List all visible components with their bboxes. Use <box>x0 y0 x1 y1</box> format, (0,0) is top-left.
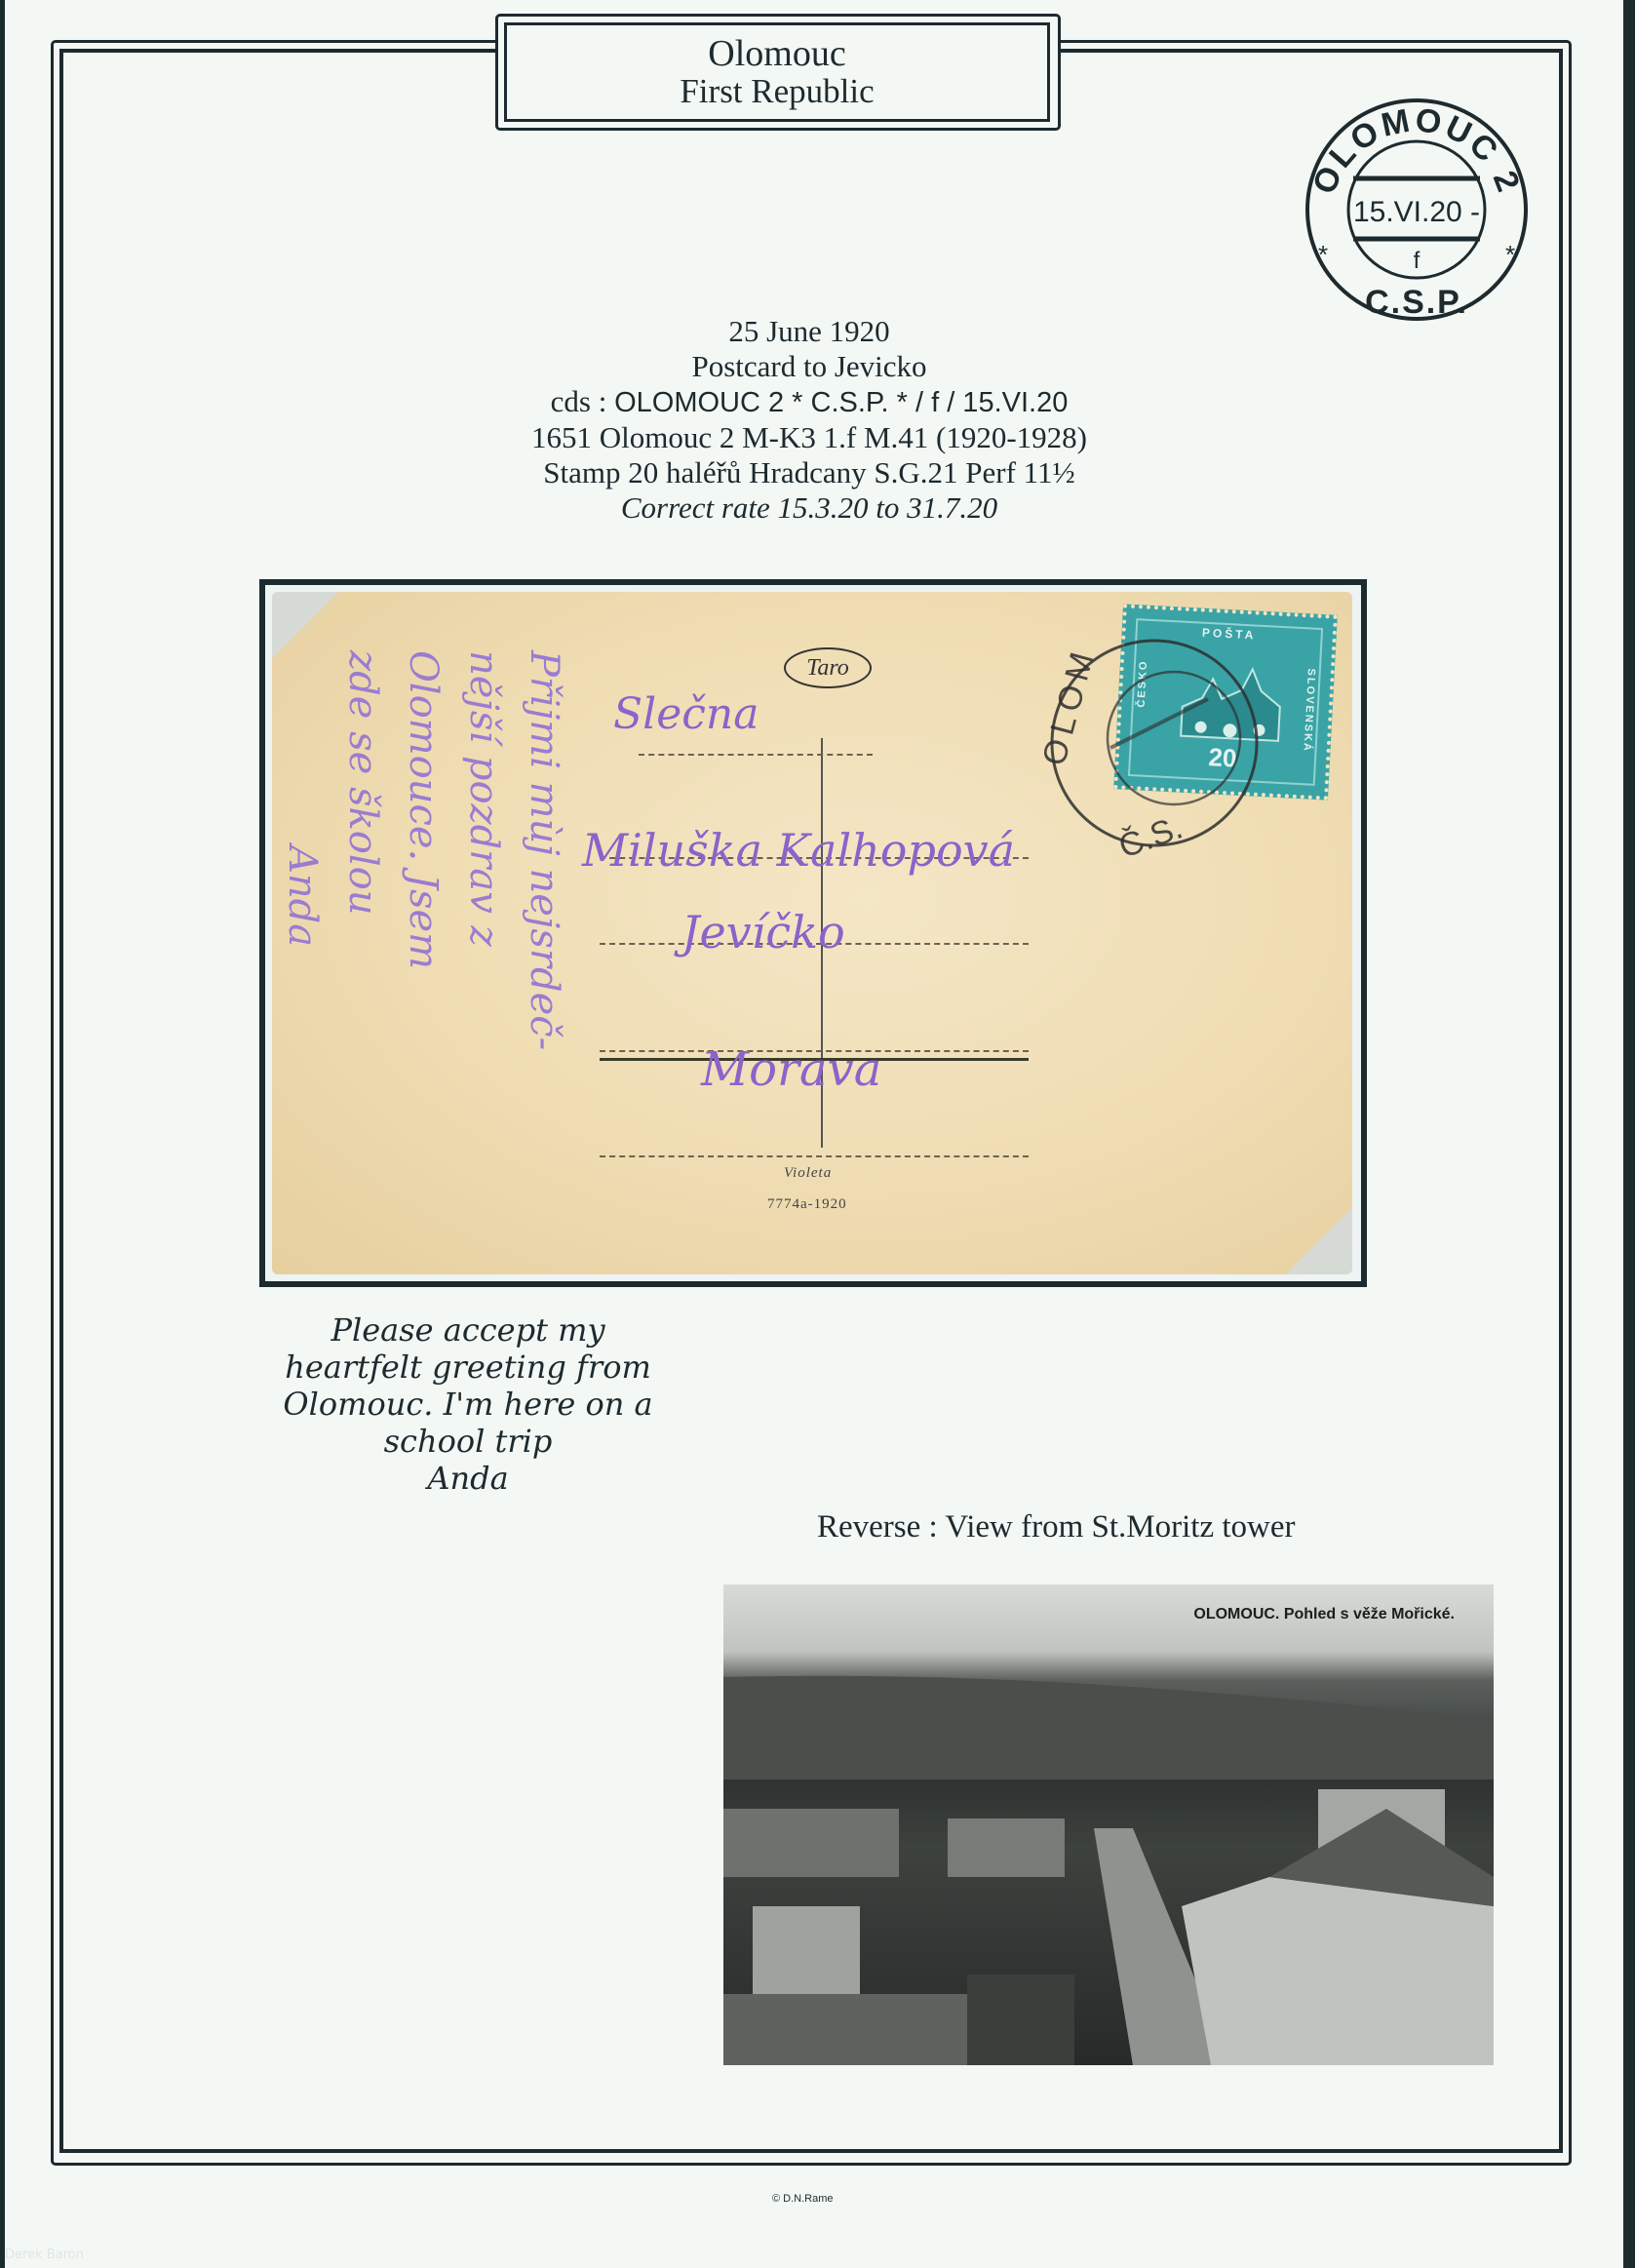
photo-corner <box>1284 1206 1352 1274</box>
message-line: Olomouce. Jsem <box>393 650 453 1274</box>
cds-value: OLOMOUC 2 * C.S.P. * / f / 15.VI.20 <box>614 387 1068 418</box>
page-subtitle: First Republic <box>680 74 874 110</box>
title-box: Olomouc First Republic <box>504 22 1050 122</box>
stamp-right-text: SLOVENSKÁ <box>1301 668 1317 753</box>
translation-line: Olomouc. I'm here on a <box>234 1386 702 1423</box>
scan-edge-right <box>1623 0 1635 2268</box>
postcard-front: Přijmi mùj nejsrdeč- nější pozdrav z Olo… <box>272 592 1352 1274</box>
watermark: Derek Baron <box>5 2248 84 2262</box>
reverse-caption: Reverse : View from St.Moritz tower <box>817 1509 1295 1545</box>
address-line: Jevíčko <box>681 906 845 958</box>
cancellation-postmark: OLOM Č.S. <box>1042 631 1266 855</box>
page-title: Olomouc <box>708 35 845 74</box>
reverse-photo: OLOMOUC. Pohled s věže Mořické. <box>723 1584 1494 2065</box>
rate-line: Correct rate 15.3.20 to 31.7.20 <box>419 490 1199 526</box>
postmark-date: 15.VI.20 - <box>1353 196 1480 228</box>
message-signature: Anda <box>272 650 332 1274</box>
postmark-town-text: OLOMOUC 2 <box>1305 101 1528 199</box>
svg-text:Č.S.: Č.S. <box>1114 809 1187 855</box>
address-line: Morava <box>701 1042 881 1097</box>
translation-signature: Anda <box>234 1460 702 1497</box>
address-line: Slečna <box>613 689 759 739</box>
stamp-line: Stamp 20 haléřů Hradcany S.G.21 Perf 11½ <box>419 455 1199 490</box>
postmark-index: f <box>1414 248 1421 274</box>
handwritten-message: Přijmi mùj nejsrdeč- nější pozdrav z Olo… <box>321 650 574 1274</box>
translation-line: heartfelt greeting from <box>234 1349 702 1386</box>
svg-text:OLOMOUC 2: OLOMOUC 2 <box>1305 101 1528 199</box>
item-description: 25 June 1920 Postcard to Jevicko cds : O… <box>419 314 1199 526</box>
translation-line: Please accept my <box>234 1311 702 1349</box>
postmark-illustration: OLOMOUC 2 15.VI.20 - f * * C.S.P. <box>1300 93 1534 327</box>
message-translation: Please accept my heartfelt greeting from… <box>234 1311 702 1497</box>
photo-caption: OLOMOUC. Pohled s věže Mořické. <box>1193 1606 1455 1623</box>
scan-edge-left <box>0 0 5 2268</box>
message-line: nější pozdrav z <box>453 650 514 1274</box>
message-line: Přijmi mùj nejsrdeč- <box>514 650 574 1274</box>
translation-line: school trip <box>234 1423 702 1460</box>
cds-line: cds : OLOMOUC 2 * C.S.P. * / f / 15.VI.2… <box>419 384 1199 420</box>
copyright-notice: © D.N.Rame <box>772 2193 834 2205</box>
postmark-star-left: * <box>1318 240 1328 269</box>
address-rule <box>600 1155 1029 1157</box>
publisher-logo: Taro <box>784 647 872 688</box>
message-line: zde se školou <box>332 650 393 1274</box>
postmark-star-right: * <box>1505 240 1515 269</box>
svg-text:OLOM: OLOM <box>1042 643 1103 769</box>
address-line: Miluška Kalhopová <box>582 824 1015 877</box>
address-rule <box>639 754 873 756</box>
item-date: 25 June 1920 <box>419 314 1199 349</box>
catalogue-line: 1651 Olomouc 2 M-K3 1.f M.41 (1920-1928) <box>419 420 1199 455</box>
postmark-bottom-text: C.S.P. <box>1365 284 1468 321</box>
cds-prefix: cds : <box>551 384 614 418</box>
city-view-image <box>723 1584 1494 2065</box>
publisher-number: 7774a-1920 <box>767 1196 847 1213</box>
series-name: Violeta <box>784 1165 832 1182</box>
item-type: Postcard to Jevicko <box>419 349 1199 384</box>
